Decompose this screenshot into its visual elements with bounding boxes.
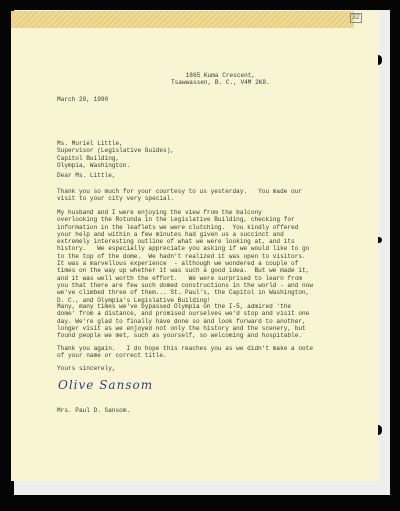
tape-strip: [11, 11, 354, 28]
paragraph-4: Thank you again. I do hope this reaches …: [57, 345, 313, 360]
handwritten-signature: Olive Sansom: [58, 378, 153, 392]
recipient-block: Ms. Muriel Little, Supervisor (Legislati…: [57, 140, 174, 169]
paragraph-2: My husband and I were enjoying the view …: [57, 209, 313, 304]
paragraph-1: Thank you so much for your courtesy to u…: [57, 188, 302, 203]
letter-date: March 20, 1990: [57, 96, 108, 103]
page-number: 32: [350, 13, 362, 23]
paragraph-3: Many, many times we've bypassed Olympia …: [57, 303, 309, 339]
closing: Yours sincerely,: [57, 365, 116, 372]
salutation: Dear Ms. Little,: [57, 172, 116, 179]
signer-name: Mrs. Paul D. Sansom.: [57, 407, 130, 414]
sender-address: 1865 Kuma Crescent, Tsawwassen, B. C., V…: [171, 72, 270, 87]
letter-page: 1865 Kuma Crescent, Tsawwassen, B. C., V…: [11, 11, 379, 481]
